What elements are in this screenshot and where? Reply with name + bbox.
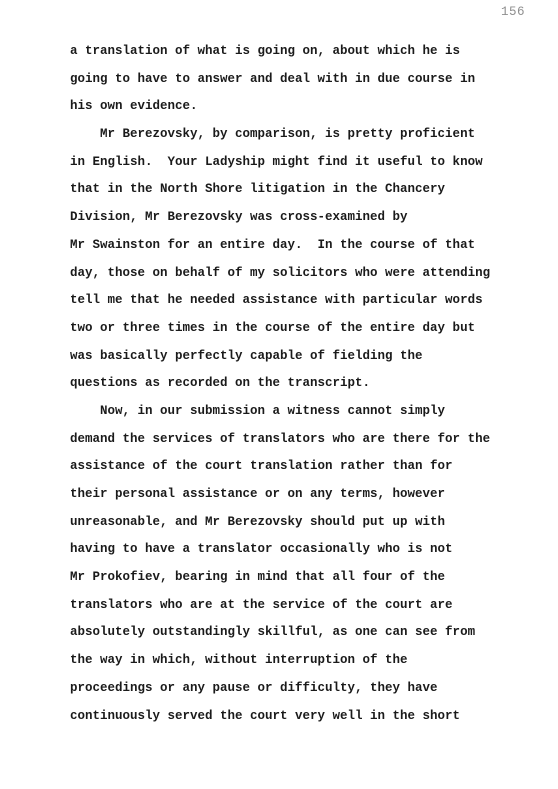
transcript-line: day, those on behalf of my solicitors wh… <box>70 260 548 288</box>
transcript-line: unreasonable, and Mr Berezovsky should p… <box>70 509 548 537</box>
transcript-line: Division, Mr Berezovsky was cross-examin… <box>70 204 548 232</box>
transcript-line: a translation of what is going on, about… <box>70 38 548 66</box>
transcript-line: the way in which, without interruption o… <box>70 647 548 675</box>
transcript-line: proceedings or any pause or difficulty, … <box>70 675 548 703</box>
transcript-line: Mr Prokofiev, bearing in mind that all f… <box>70 564 548 592</box>
transcript-line: Mr Berezovsky, by comparison, is pretty … <box>70 121 548 149</box>
page-number: 156 <box>501 5 525 19</box>
transcript-line: in English. Your Ladyship might find it … <box>70 149 548 177</box>
transcript-line: demand the services of translators who a… <box>70 426 548 454</box>
transcript-line: their personal assistance or on any term… <box>70 481 548 509</box>
transcript-line: Now, in our submission a witness cannot … <box>70 398 548 426</box>
transcript-line: two or three times in the course of the … <box>70 315 548 343</box>
transcript-line: questions as recorded on the transcript. <box>70 370 548 398</box>
transcript-line: going to have to answer and deal with in… <box>70 66 548 94</box>
transcript-line: that in the North Shore litigation in th… <box>70 176 548 204</box>
transcript-page: 156 a translation of what is going on, a… <box>0 0 558 789</box>
transcript-line: having to have a translator occasionally… <box>70 536 548 564</box>
transcript-line: absolutely outstandingly skillful, as on… <box>70 619 548 647</box>
transcript-line: translators who are at the service of th… <box>70 592 548 620</box>
transcript-line: tell me that he needed assistance with p… <box>70 287 548 315</box>
transcript-text: a translation of what is going on, about… <box>70 38 548 730</box>
transcript-line: was basically perfectly capable of field… <box>70 343 548 371</box>
transcript-line: Mr Swainston for an entire day. In the c… <box>70 232 548 260</box>
transcript-line: his own evidence. <box>70 93 548 121</box>
transcript-line: continuously served the court very well … <box>70 703 548 731</box>
transcript-line: assistance of the court translation rath… <box>70 453 548 481</box>
